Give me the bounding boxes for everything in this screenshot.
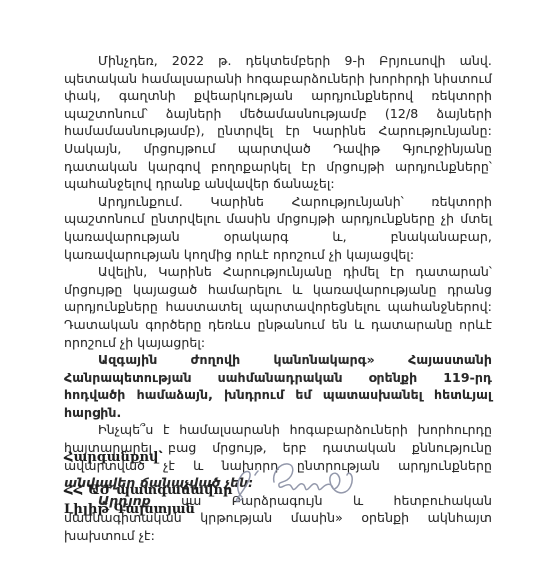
signer-name: Լիլիթ Գալստյան bbox=[64, 500, 232, 519]
paragraph-4: Ազգային ժողովի կանոնակարգ» Հայաստանի Հան… bbox=[64, 351, 492, 421]
signer-title: ՀՀ ԱԺ պատգամավոր bbox=[64, 481, 232, 500]
paragraph-text: Արդյունքում. Կարինե Հարությունյանի՝ ռեկտ… bbox=[64, 194, 492, 262]
paragraph-3: Ավելին, Կարինե Հարությունյանը դիմել էր դ… bbox=[64, 263, 492, 351]
paragraph-text: Ավելին, Կարինե Հարությունյանը դիմել էր դ… bbox=[64, 264, 492, 349]
paragraph-text-bold: Ազգային ժողովի կանոնակարգ» Հայաստանի Հան… bbox=[64, 352, 492, 420]
paragraph-text: Մինչդեռ, 2022 թ. դեկտեմբերի 9-ի Բրյուսով… bbox=[64, 53, 492, 191]
letter-page: Մինչդեռ, 2022 թ. դեկտեմբերի 9-ի Բրյուսով… bbox=[0, 0, 552, 585]
handwritten-signature bbox=[228, 455, 363, 515]
paragraph-2: Արդյունքում. Կարինե Հարությունյանի՝ ռեկտ… bbox=[64, 193, 492, 263]
salutation: Հարգանքով՝ bbox=[64, 450, 232, 465]
closing-block: Հարգանքով՝ ՀՀ ԱԺ պատգամավոր Լիլիթ Գալստյ… bbox=[64, 450, 232, 519]
paragraph-1: Մինչդեռ, 2022 թ. դեկտեմբերի 9-ի Բրյուսով… bbox=[64, 52, 492, 193]
signature-ink bbox=[228, 455, 363, 515]
